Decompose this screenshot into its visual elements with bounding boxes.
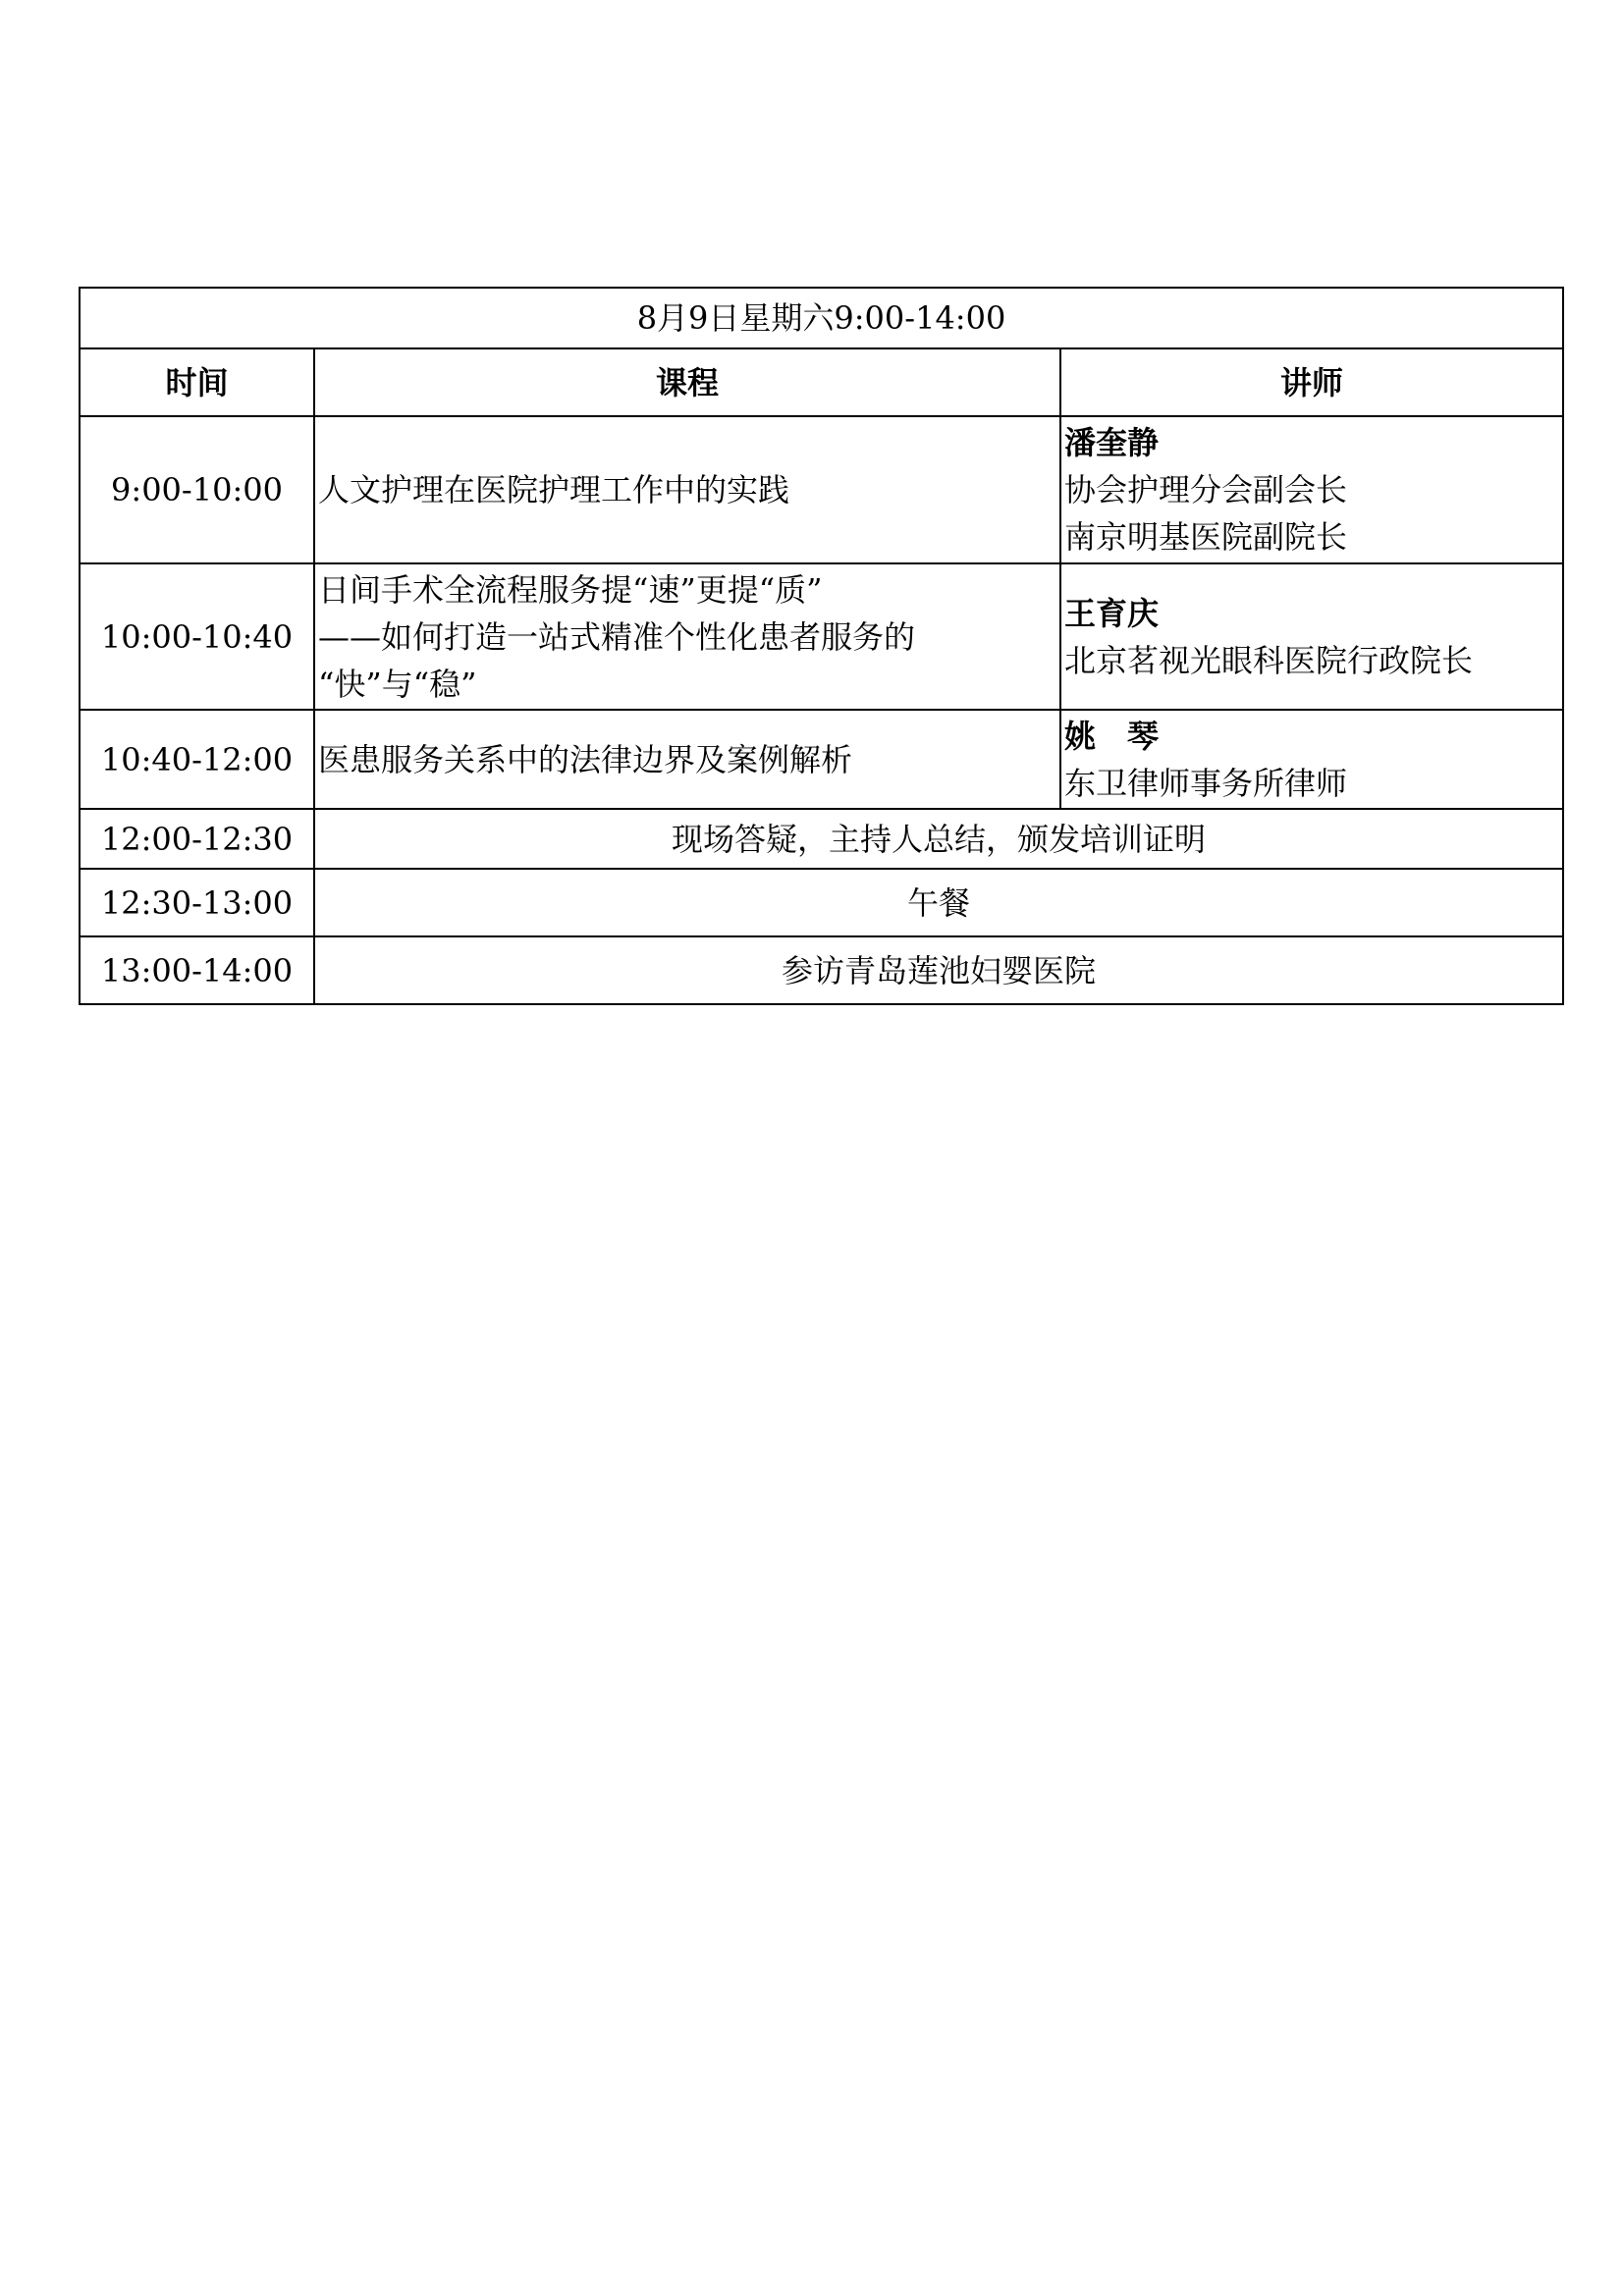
- time-cell: 13:00-14:00: [80, 936, 314, 1004]
- speaker-title: 协会护理分会副会长: [1064, 466, 1559, 513]
- table-row: 10:40-12:00 医患服务关系中的法律边界及案例解析 姚 琴 东卫律师事务…: [80, 710, 1563, 809]
- table-title: 8月9日星期六9:00-14:00: [80, 288, 1563, 348]
- speaker-name: 王育庆: [1064, 590, 1559, 637]
- time-cell: 10:40-12:00: [80, 710, 314, 809]
- speaker-cell: 王育庆 北京茗视光眼科医院行政院长: [1060, 563, 1563, 710]
- merged-activity-cell: 午餐: [314, 869, 1563, 936]
- table-row: 9:00-10:00 人文护理在医院护理工作中的实践 潘奎静 协会护理分会副会长…: [80, 416, 1563, 563]
- speaker-title: 北京茗视光眼科医院行政院长: [1064, 637, 1559, 684]
- merged-activity-cell: 参访青岛莲池妇婴医院: [314, 936, 1563, 1004]
- table-row: 13:00-14:00 参访青岛莲池妇婴医院: [80, 936, 1563, 1004]
- header-speaker: 讲师: [1060, 348, 1563, 416]
- merged-activity-cell: 现场答疑，主持人总结，颁发培训证明: [314, 809, 1563, 869]
- course-line: 日间手术全流程服务提“速”更提“质”: [318, 566, 1056, 614]
- course-cell: 日间手术全流程服务提“速”更提“质” ——如何打造一站式精准个性化患者服务的 “…: [314, 563, 1060, 710]
- course-line: 人文护理在医院护理工作中的实践: [318, 466, 1056, 513]
- time-cell: 10:00-10:40: [80, 563, 314, 710]
- speaker-title: 东卫律师事务所律师: [1064, 760, 1559, 807]
- course-line: 医患服务关系中的法律边界及案例解析: [318, 736, 1056, 783]
- course-line: “快”与“稳”: [318, 661, 1056, 708]
- header-course: 课程: [314, 348, 1060, 416]
- table-row: 10:00-10:40 日间手术全流程服务提“速”更提“质” ——如何打造一站式…: [80, 563, 1563, 710]
- table-row: 12:30-13:00 午餐: [80, 869, 1563, 936]
- speaker-cell: 潘奎静 协会护理分会副会长 南京明基医院副院长: [1060, 416, 1563, 563]
- course-line: ——如何打造一站式精准个性化患者服务的: [318, 614, 1056, 661]
- table-header-row: 时间 课程 讲师: [80, 348, 1563, 416]
- speaker-cell: 姚 琴 东卫律师事务所律师: [1060, 710, 1563, 809]
- time-cell: 12:30-13:00: [80, 869, 314, 936]
- table-title-row: 8月9日星期六9:00-14:00: [80, 288, 1563, 348]
- course-cell: 医患服务关系中的法律边界及案例解析: [314, 710, 1060, 809]
- course-cell: 人文护理在医院护理工作中的实践: [314, 416, 1060, 563]
- time-cell: 9:00-10:00: [80, 416, 314, 563]
- table-row: 12:00-12:30 现场答疑，主持人总结，颁发培训证明: [80, 809, 1563, 869]
- schedule-table: 8月9日星期六9:00-14:00 时间 课程 讲师 9:00-10:00 人文…: [79, 287, 1564, 1005]
- time-cell: 12:00-12:30: [80, 809, 314, 869]
- header-time: 时间: [80, 348, 314, 416]
- speaker-name: 潘奎静: [1064, 419, 1559, 466]
- speaker-name: 姚 琴: [1064, 713, 1559, 760]
- speaker-title: 南京明基医院副院长: [1064, 513, 1559, 561]
